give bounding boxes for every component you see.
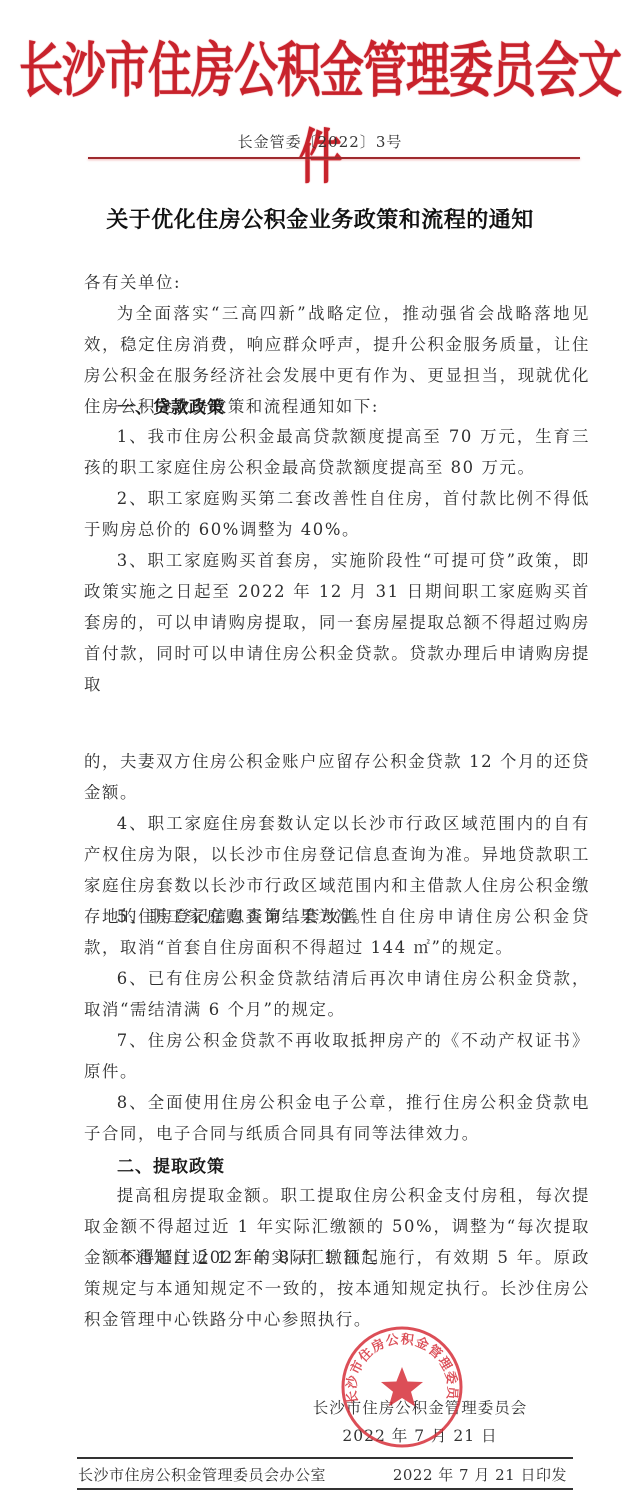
section-heading-loan-policy: 一、贷款政策 <box>117 393 225 418</box>
footer-bottom-rule <box>77 1488 573 1490</box>
loan-item-3: 3、职工家庭购买首套房，实施阶段性“可提可贷”政策，即政策实施之日起至 2022… <box>84 545 590 700</box>
notice-title: 关于优化住房公积金业务政策和流程的通知 <box>0 203 640 234</box>
loan-item-5: 5、职工家庭购买第二套改善性自住房申请住房公积金贷款，取消“首套自住房面积不得超… <box>84 901 590 963</box>
footer-issue-date: 2022 年 7 月 21 日印发 <box>393 1464 567 1485</box>
loan-item-2: 2、职工家庭购买第二套改善性自住房，首付款比例不得低于购房总价的 60%调整为 … <box>84 483 590 545</box>
loan-item-1: 1、我市住房公积金最高贷款额度提高至 70 万元，生育三孩的职工家庭住房公积金最… <box>84 421 590 483</box>
loan-item-8: 8、全面使用住房公积金电子公章，推行住房公积金贷款电子合同，电子合同与纸质合同具… <box>84 1087 590 1149</box>
loan-item-7: 7、住房公积金贷款不再收取抵押房产的《不动产权证书》原件。 <box>84 1025 590 1087</box>
signature-organization: 长沙市住房公积金管理委员会 <box>300 1396 540 1418</box>
footer-top-rule <box>77 1457 573 1459</box>
closing-paragraph: 本通知自 2022 年 8 月 1 日起施行，有效期 5 年。原政策规定与本通知… <box>84 1242 590 1335</box>
document-red-header: 长沙市住房公积金管理委员会文件 <box>0 22 640 195</box>
loan-item-6: 6、已有住房公积金贷款结清后再次申请住房公积金贷款，取消“需结清满 6 个月”的… <box>84 963 590 1025</box>
document-number: 长金管委〔2022〕3号 <box>0 131 640 152</box>
loan-item-3-continued: 的，夫妻双方住房公积金账户应留存公积金贷款 12 个月的还贷金额。 <box>84 746 590 808</box>
signature-date: 2022 年 7 月 21 日 <box>300 1424 540 1446</box>
red-divider-line <box>88 157 580 159</box>
footer-issuing-office: 长沙市住房公积金管理委员会办公室 <box>78 1464 326 1485</box>
salutation: 各有关单位: <box>84 267 590 298</box>
svg-text:长沙市住房公积金管理委员会: 长沙市住房公积金管理委员会 <box>340 1325 460 1405</box>
section-heading-withdrawal-policy: 二、提取政策 <box>117 1152 225 1177</box>
